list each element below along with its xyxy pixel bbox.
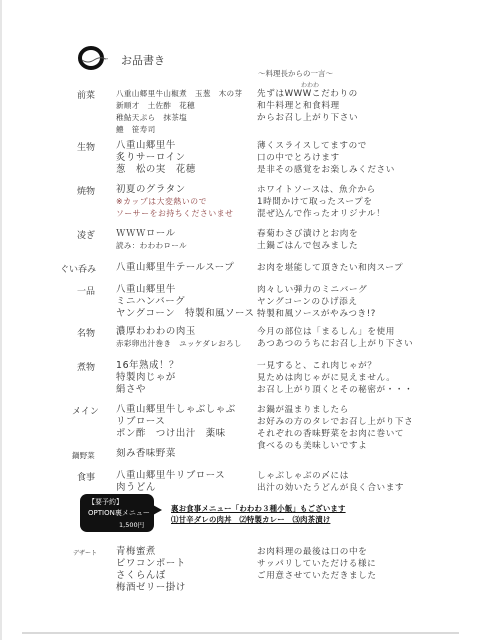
course-description: しゃぶしゃぶの〆には 出汁の効いたうどんが良く合います	[257, 470, 404, 494]
course-note: ※カップは大変熱いので	[116, 196, 234, 208]
description-line: 食べるのも美味しいですよ	[257, 440, 413, 452]
description-line: 是非その感覚をお楽しみください	[257, 164, 395, 176]
course-item: 青梅蜜煮	[116, 546, 186, 558]
description-line: 先ずはWWWこだわりの	[257, 88, 358, 100]
description-line: 混ぜ込んで作ったオリジナル！	[257, 208, 385, 220]
course-note: ソーサーをお持ちくださいませ	[116, 208, 234, 220]
course-item: 八重山郷里牛山椒煮 玉葱 木の芽	[116, 88, 242, 100]
course-description: 春菊わさび漬けとお肉を 土鍋ごはんで包みました	[257, 228, 358, 252]
course-item: 16年熟成！？	[116, 360, 179, 372]
description-line: ヤングコーンのひげ添え	[257, 296, 376, 308]
description-line: お肉を堪能して頂きたい和肉スープ	[257, 262, 403, 274]
page-edge	[0, 0, 2, 640]
description-line: 土鍋ごはんで包みました	[257, 240, 358, 252]
option-menu-badge: 【要予約】 OPTION裏メニュー 1,500円	[80, 494, 154, 532]
course-items: 濃厚わわわの肉玉 赤彩卵出汁巻き ユッケダレおろし	[116, 326, 242, 350]
course-category: メイン	[72, 404, 99, 417]
course-description: ホワイトソースは、魚介から 1時間かけて取ったスープを 混ぜ込んで作ったオリジナ…	[257, 184, 385, 220]
course-item: 刻み香味野菜	[116, 448, 176, 460]
course-description: 先ずはWWWこだわりの 和牛料理と和食料理 からお召し上がり下さい	[257, 88, 358, 124]
course-item: リブロース	[116, 416, 236, 428]
course-item: 八重山郷里牛	[116, 140, 196, 152]
description-line: お召し上がり頂くとその秘密が・・・	[257, 384, 413, 396]
description-line: しゃぶしゃぶの〆には	[257, 470, 404, 482]
course-item: 梅酒ゼリー掛け	[116, 582, 186, 594]
course-description: お鍋が温まりましたら お好みの方のタレでお召し上がり下さ それぞれの香味野菜をお…	[257, 404, 413, 452]
reservation-required-label: 【要予約】	[88, 497, 123, 507]
description-line: ご用意させていただきました	[257, 570, 377, 582]
ink-circle-logo-icon	[76, 44, 108, 72]
description-line: 見ためは肉じゃがに見えません。	[257, 372, 413, 384]
description-line: お肉料理の最後は口の中を	[257, 546, 377, 558]
course-item: ミニハンバーグ	[116, 296, 255, 308]
course-category: 食事	[77, 470, 95, 483]
description-line: 1時間かけて取ったスープを	[257, 196, 385, 208]
course-items: 初夏のグラタン ※カップは大変熱いので ソーサーをお持ちくださいませ	[116, 184, 234, 220]
description-line: からお召し上がり下さい	[257, 112, 358, 124]
course-description: 今月の部位は「まるしん」を使用 あつあつのうちにお召し上がり下さい	[257, 326, 413, 350]
course-items: 青梅蜜煮 ビワコンポート さくらんぼ 梅酒ゼリー掛け	[116, 546, 186, 594]
course-category: デザート	[73, 548, 97, 557]
course-items: 刻み香味野菜	[116, 448, 176, 460]
course-item: 八重山郷里牛しゃぶしゃぶ	[116, 404, 236, 416]
course-items: 八重山郷里牛しゃぶしゃぶ リブロース ポン酢 つけ出汁 薬味	[116, 404, 236, 440]
description-line: 春菊わさび漬けとお肉を	[257, 228, 358, 240]
course-item: 鱧 笹寿司	[116, 124, 242, 136]
description-line: 今月の部位は「まるしん」を使用	[257, 326, 413, 338]
course-category: 前菜	[77, 88, 95, 101]
course-item: 八重山郷里牛テールスープ	[116, 262, 234, 274]
course-category: 煮物	[77, 360, 95, 373]
course-category: 焼物	[77, 184, 95, 197]
course-item: 初夏のグラタン	[116, 184, 234, 196]
course-item: 新順才 土佐酢 花穂	[116, 100, 242, 112]
course-item: 絹さや	[116, 384, 179, 396]
course-description: お肉を堪能して頂きたい和肉スープ	[257, 262, 403, 274]
course-item: 葱 松の実 花穂	[116, 164, 196, 176]
course-item: 特製肉じゃが	[116, 372, 179, 384]
course-item: ＷＷＷロール	[116, 228, 187, 240]
course-item: 読み：わわわロール	[116, 240, 187, 252]
course-item: ビワコンポート	[116, 558, 186, 570]
course-items: 八重山郷里牛山椒煮 玉葱 木の芽 新順才 土佐酢 花穂 稚鮎天ぷら 抹茶塩 鱧 …	[116, 88, 242, 136]
secret-menu-heading: 裏お食事メニュー「わわわ３種小飯」もございます	[171, 503, 346, 514]
course-item: 肉うどん	[116, 482, 225, 494]
course-description: お肉料理の最後は口の中を サッパリしていただける様に ご用意させていただきました	[257, 546, 377, 582]
description-line: 特製和風ソースがやみつき!?	[257, 308, 376, 320]
course-item: 炙りサーロイン	[116, 152, 196, 164]
course-description: 薄くスライスしてますので 口の中でとろけます 是非その感覚をお楽しみください	[257, 140, 395, 176]
description-line: サッパリしていただける様に	[257, 558, 377, 570]
course-item: ポン酢 つけ出汁 薬味	[116, 428, 236, 440]
course-item: 赤彩卵出汁巻き ユッケダレおろし	[116, 338, 242, 350]
course-items: 八重山郷里牛 ミニハンバーグ ヤングコーン 特製和風ソース	[116, 284, 255, 320]
description-line: 一見すると、これ肉じゃが？	[257, 360, 413, 372]
description-line: あつあつのうちにお召し上がり下さい	[257, 338, 413, 350]
option-price: 1,500円	[119, 520, 144, 529]
course-item: さくらんぼ	[116, 570, 186, 582]
chef-comment-heading: ～料理長からの一言～	[258, 68, 333, 79]
course-category: 一品	[77, 284, 95, 297]
course-items: 16年熟成！？ 特製肉じゃが 絹さや	[116, 360, 179, 396]
description-line: それぞれの香味野菜をお肉に巻いて	[257, 428, 413, 440]
course-item: 濃厚わわわの肉玉	[116, 326, 242, 338]
menu-title: お品書き	[121, 52, 165, 68]
course-items: 八重山郷里牛リブロース 肉うどん	[116, 470, 225, 494]
description-line: 口の中でとろけます	[257, 152, 395, 164]
description-line: お好みの方のタレでお召し上がり下さ	[257, 416, 413, 428]
page-bottom-rule	[22, 632, 459, 634]
secret-menu-items: ⑴甘辛ダレの肉丼 ⑵特製カレー ⑶肉茶漬け	[171, 514, 346, 525]
option-menu-label: OPTION裏メニュー	[88, 508, 150, 518]
course-items: 八重山郷里牛 炙りサーロイン 葱 松の実 花穂	[116, 140, 196, 176]
course-category: 名物	[77, 326, 95, 339]
description-line: お鍋が温まりましたら	[257, 404, 413, 416]
description-line: 薄くスライスしてますので	[257, 140, 395, 152]
course-item: 稚鮎天ぷら 抹茶塩	[116, 112, 242, 124]
description-line: 肉々しい弾力のミニバーグ	[257, 284, 376, 296]
course-items: ＷＷＷロール 読み：わわわロール	[116, 228, 187, 252]
course-item: 八重山郷里牛	[116, 284, 255, 296]
description-line: 和牛料理と和食料理	[257, 100, 358, 112]
course-category: 生物	[77, 140, 95, 153]
course-category: 凌ぎ	[77, 228, 95, 241]
description-line: 出汁の効いたうどんが良く合います	[257, 482, 404, 494]
course-category: ぐい呑み	[60, 262, 96, 275]
course-category: 鍋野菜	[72, 450, 95, 461]
description-line: ホワイトソースは、魚介から	[257, 184, 385, 196]
course-description: 肉々しい弾力のミニバーグ ヤングコーンのひげ添え 特製和風ソースがやみつき!?	[257, 284, 376, 320]
course-item: ヤングコーン 特製和風ソース	[116, 308, 255, 320]
course-item: 八重山郷里牛リブロース	[116, 470, 225, 482]
course-items: 八重山郷里牛テールスープ	[116, 262, 234, 274]
option-menu-info: 裏お食事メニュー「わわわ３種小飯」もございます ⑴甘辛ダレの肉丼 ⑵特製カレー …	[171, 503, 346, 525]
course-description: 一見すると、これ肉じゃが？ 見ためは肉じゃがに見えません。 お召し上がり頂くとそ…	[257, 360, 413, 396]
